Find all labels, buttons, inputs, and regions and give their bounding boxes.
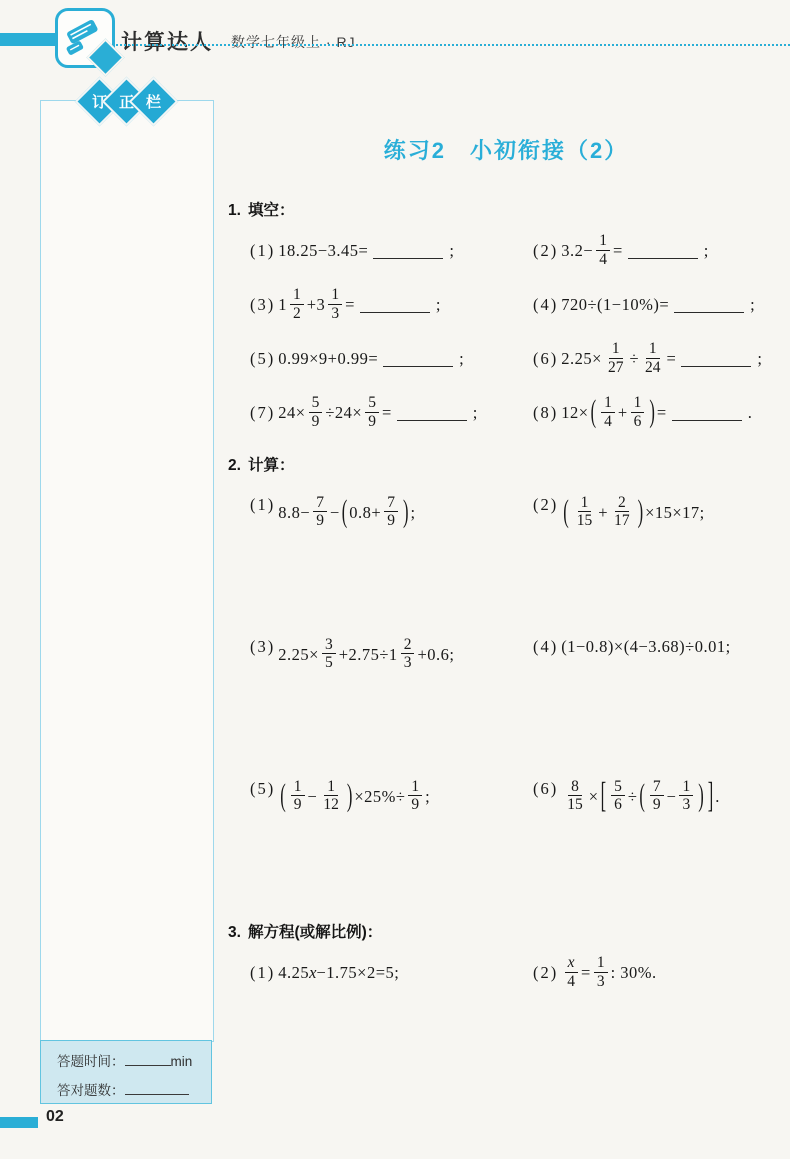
math-text: − (667, 787, 677, 807)
stretched-paren: ] (708, 778, 714, 814)
denominator: 9 (650, 796, 664, 813)
fraction: 19 (408, 778, 422, 814)
math-text: (1−0.8)×(4−3.68)÷0.01; (561, 637, 730, 657)
numerator: 1 (596, 232, 610, 250)
numerator: 1 (679, 778, 693, 796)
stretched-paren: ( (280, 780, 286, 811)
numerator: 1 (328, 286, 342, 304)
math-text: = (581, 963, 591, 983)
denominator: 6 (631, 413, 645, 430)
math-text: 1 (278, 295, 287, 315)
fraction: 127 (605, 340, 627, 376)
math-text: . (748, 403, 753, 423)
answer-time-label: 答题时间： (57, 1054, 125, 1069)
answer-blank (628, 243, 698, 259)
math-text: ; (459, 349, 464, 369)
problem-number: (3) (250, 637, 275, 657)
header-dotted-line (116, 44, 790, 46)
math-text: 2.25× (561, 349, 602, 369)
answer-blank (397, 405, 467, 421)
numerator: 2 (401, 636, 415, 654)
numerator: 1 (291, 778, 305, 796)
denominator: 3 (679, 796, 693, 813)
numerator: 5 (365, 394, 379, 412)
math-text: 8.8− (278, 503, 310, 523)
denominator: 12 (320, 796, 342, 813)
score-box: 答题时间：min 答对题数： (40, 1040, 212, 1104)
answer-blank (383, 351, 453, 367)
worksheet-title: 练习2 小初衔接（2） (228, 134, 784, 165)
problem-number: (3) (250, 295, 275, 315)
fraction: 115 (574, 494, 596, 530)
section-fill-in-blanks: 1.填空： (1)18.25−3.45=;(2)3.2−14=;(3)112+3… (228, 198, 784, 440)
math-expression: 815×[56÷(79−13)]. (561, 779, 720, 815)
math-expression: 2.25×35+2.75÷123+0.6; (278, 637, 454, 673)
math-text: ; (436, 295, 441, 315)
fraction: 12 (290, 286, 304, 322)
math-text: = (667, 349, 677, 369)
numerator: 1 (594, 954, 608, 972)
math-text: = (613, 241, 623, 261)
correct-count-row: 答对题数： (57, 1079, 211, 1099)
problem-number: (1) (250, 241, 275, 261)
fraction: 16 (631, 394, 645, 430)
math-text: ÷ (628, 787, 638, 807)
math-text: − (308, 787, 318, 807)
denominator: 15 (574, 512, 596, 529)
math-text: 24× (278, 403, 305, 423)
problem-number: (1) (250, 495, 275, 515)
section-heading: 2.计算： (228, 453, 784, 475)
math-text: 0.8+ (349, 503, 381, 523)
math-text: +3 (307, 295, 326, 315)
problem-number: (5) (250, 349, 275, 369)
numerator: 1 (578, 494, 592, 512)
answer-time-blank (125, 1053, 171, 1066)
label-char: 栏 (145, 91, 160, 112)
stretched-paren: ( (591, 396, 597, 427)
math-text: = (382, 403, 392, 423)
stretched-paren: ) (347, 780, 353, 811)
answer-blank (373, 243, 443, 259)
stretched-paren: ) (638, 496, 644, 527)
math-expression: 4.25x−1.75×2=5; (278, 963, 399, 983)
numerator: 7 (650, 778, 664, 796)
problems-grid: (1)8.8−79−(0.8+79);(2)(115+217)×15×17;(3… (228, 487, 784, 913)
denominator: 3 (328, 305, 342, 322)
math-text: +2.75÷1 (339, 645, 398, 665)
problem: (1)18.25−3.45=; (250, 224, 533, 278)
denominator: 9 (384, 512, 398, 529)
problem: (1)8.8−79−(0.8+79); (250, 487, 533, 629)
fraction: 13 (594, 954, 608, 990)
numerator: 1 (609, 340, 623, 358)
math-text: +0.6; (417, 645, 454, 665)
problem: (2)x4=13 : 30%. (533, 946, 784, 1000)
answer-blank (672, 405, 742, 421)
math-text: 2.25× (278, 645, 319, 665)
math-expression: 18.25−3.45=; (278, 241, 454, 261)
math-text: ; (449, 241, 454, 261)
problem: (3)112+313=; (250, 278, 533, 332)
denominator: 5 (322, 654, 336, 671)
problems-grid: (1)18.25−3.45=;(2)3.2−14=;(3)112+313=;(4… (228, 224, 784, 440)
problem-number: (8) (533, 403, 558, 423)
math-text: 720÷(1−10%)= (561, 295, 669, 315)
math-text: × (589, 787, 599, 807)
math-text: 18.25−3.45= (278, 241, 368, 261)
problem-number: (2) (533, 495, 558, 515)
answer-time-row: 答题时间：min (57, 1050, 211, 1070)
denominator: 4 (596, 251, 610, 268)
numerator: 5 (309, 394, 323, 412)
problem-number: (7) (250, 403, 275, 423)
fraction: 14 (596, 232, 610, 268)
answer-blank (681, 351, 751, 367)
stretched-paren: [ (601, 778, 607, 814)
answer-blank (674, 297, 744, 313)
stretched-paren: ) (649, 396, 655, 427)
denominator: 2 (290, 305, 304, 322)
fraction: 19 (291, 778, 305, 814)
problem: (4)720÷(1−10%)=; (533, 278, 784, 332)
problem-number: (5) (250, 779, 275, 799)
math-text: ; (425, 787, 430, 807)
fraction: 79 (313, 494, 327, 530)
math-text: ÷24× (325, 403, 362, 423)
denominator: 6 (611, 796, 625, 813)
section-solve-equations: 3.解方程(或解比例)： (1)4.25x−1.75×2=5;(2)x4=13 … (228, 920, 784, 1000)
numerator: 1 (601, 394, 615, 412)
math-text: ×15×17; (645, 503, 705, 523)
problem: (6)815×[56÷(79−13)]. (533, 771, 784, 913)
numerator: 1 (290, 286, 304, 304)
problem-number: (6) (533, 349, 558, 369)
math-text: = (345, 295, 355, 315)
math-text: = (657, 403, 667, 423)
worksheet-body: 练习2 小初衔接（2） 1.填空： (1)18.25−3.45=;(2)3.2−… (228, 128, 784, 1128)
fraction: 79 (650, 778, 664, 814)
fraction: 59 (309, 394, 323, 430)
numerator: 8 (568, 778, 582, 796)
math-text: −1.75×2=5; (316, 963, 399, 983)
problem: (6)2.25×127÷124=; (533, 332, 784, 386)
math-expression: x4=13 : 30%. (561, 955, 656, 991)
math-expression: 2.25×127÷124=; (561, 341, 762, 377)
problem: (7)24×59÷24×59=; (250, 386, 533, 440)
answer-time-unit: min (171, 1054, 193, 1069)
problem-number: (4) (533, 637, 558, 657)
denominator: 9 (309, 413, 323, 430)
math-text: + (618, 403, 628, 423)
stretched-paren: ( (639, 780, 645, 811)
header-accent-bar (0, 33, 58, 46)
page-number: 02 (46, 1108, 64, 1126)
fraction: 124 (642, 340, 664, 376)
numerator: 7 (384, 494, 398, 512)
numerator: 1 (408, 778, 422, 796)
denominator: 9 (365, 413, 379, 430)
denominator: 24 (642, 359, 664, 376)
math-expression: 24×59÷24×59=; (278, 395, 478, 431)
math-text: 12× (561, 403, 588, 423)
problem: (3)2.25×35+2.75÷123+0.6; (250, 629, 533, 771)
problem: (4)(1−0.8)×(4−3.68)÷0.01; (533, 629, 784, 771)
problem-number: (6) (533, 779, 558, 799)
section-number: 2. (228, 457, 241, 474)
problem: (5)0.99×9+0.99=; (250, 332, 533, 386)
denominator: 15 (564, 796, 586, 813)
math-text: ; (473, 403, 478, 423)
numerator: 5 (611, 778, 625, 796)
math-expression: (19−112)×25%÷19; (278, 779, 430, 815)
numerator: 7 (313, 494, 327, 512)
fraction: 59 (365, 394, 379, 430)
section-heading: 1.填空： (228, 198, 784, 220)
math-text: − (330, 503, 340, 523)
correction-column-box (40, 100, 214, 1042)
numerator: 1 (324, 778, 338, 796)
numerator: 2 (615, 494, 629, 512)
fraction: 13 (328, 286, 342, 322)
answer-blank (360, 297, 430, 313)
section-heading: 3.解方程(或解比例)： (228, 920, 784, 942)
problem-number: (1) (250, 963, 275, 983)
fraction: 13 (679, 778, 693, 814)
problem-number: (2) (533, 963, 558, 983)
math-text: ÷ (629, 349, 639, 369)
math-text: : 30%. (611, 963, 657, 983)
numerator: 1 (646, 340, 660, 358)
brand-title: 计算达人 (121, 26, 213, 56)
numerator: 3 (322, 636, 336, 654)
fraction: 217 (611, 494, 633, 530)
math-text: ×25%÷ (354, 787, 405, 807)
problem: (2)3.2−14=; (533, 224, 784, 278)
fraction: 79 (384, 494, 398, 530)
fraction: 14 (601, 394, 615, 430)
section-number: 3. (228, 924, 241, 941)
denominator: 3 (401, 654, 415, 671)
correction-column-label: 订 正 栏 (40, 84, 212, 119)
math-expression: 8.8−79−(0.8+79); (278, 495, 415, 531)
numerator: 1 (631, 394, 645, 412)
math-text: 3.2− (561, 241, 593, 261)
stretched-paren: ( (342, 496, 348, 527)
math-expression: 3.2−14=; (561, 233, 709, 269)
numerator: x (565, 954, 578, 972)
label-diamond: 栏 (128, 77, 177, 126)
correct-count-blank (125, 1082, 189, 1095)
math-expression: 12×(14+16)=. (561, 395, 752, 431)
denominator: 27 (605, 359, 627, 376)
edition-subtitle: 数学七年级上 · RJ (231, 32, 356, 52)
fraction: 112 (320, 778, 342, 814)
math-text: ; (757, 349, 762, 369)
correct-count-label: 答对题数： (57, 1083, 125, 1098)
denominator: 9 (313, 512, 327, 529)
problem: (2)(115+217)×15×17; (533, 487, 784, 629)
math-text: 4.25 (278, 963, 309, 983)
math-expression: 720÷(1−10%)=; (561, 295, 755, 315)
math-text: ; (410, 503, 415, 523)
section-title: 解方程(或解比例)： (248, 924, 382, 941)
stretched-paren: ) (403, 496, 409, 527)
math-expression: 0.99×9+0.99=; (278, 349, 464, 369)
page-number-bar (0, 1117, 38, 1128)
fraction: x4 (564, 954, 578, 990)
problems-grid: (1)4.25x−1.75×2=5;(2)x4=13 : 30%. (228, 946, 784, 1000)
problem-number: (4) (533, 295, 558, 315)
fraction: 35 (322, 636, 336, 672)
math-expression: 112+313=; (278, 287, 441, 323)
problem: (1)4.25x−1.75×2=5; (250, 946, 533, 1000)
fraction: 56 (611, 778, 625, 814)
section-calculate: 2.计算： (1)8.8−79−(0.8+79);(2)(115+217)×15… (228, 453, 784, 913)
problem: (5)(19−112)×25%÷19; (250, 771, 533, 913)
denominator: 9 (408, 796, 422, 813)
denominator: 17 (611, 512, 633, 529)
section-title: 计算： (248, 457, 295, 474)
stretched-paren: ) (698, 780, 704, 811)
section-number: 1. (228, 202, 241, 219)
fraction: 23 (401, 636, 415, 672)
math-text: . (715, 787, 720, 807)
stretched-paren: ( (563, 496, 569, 527)
denominator: 4 (564, 973, 578, 990)
math-text: ; (704, 241, 709, 261)
denominator: 9 (291, 796, 305, 813)
math-text: + (598, 503, 608, 523)
section-title: 填空： (248, 202, 295, 219)
math-expression: (1−0.8)×(4−3.68)÷0.01; (561, 637, 730, 657)
denominator: 3 (594, 973, 608, 990)
math-expression: (115+217)×15×17; (561, 495, 705, 531)
math-variable: x (309, 963, 316, 983)
problem: (8)12×(14+16)=. (533, 386, 784, 440)
problem-number: (2) (533, 241, 558, 261)
math-text: ; (750, 295, 755, 315)
fraction: 815 (564, 778, 586, 814)
math-text: 0.99×9+0.99= (278, 349, 378, 369)
denominator: 4 (601, 413, 615, 430)
